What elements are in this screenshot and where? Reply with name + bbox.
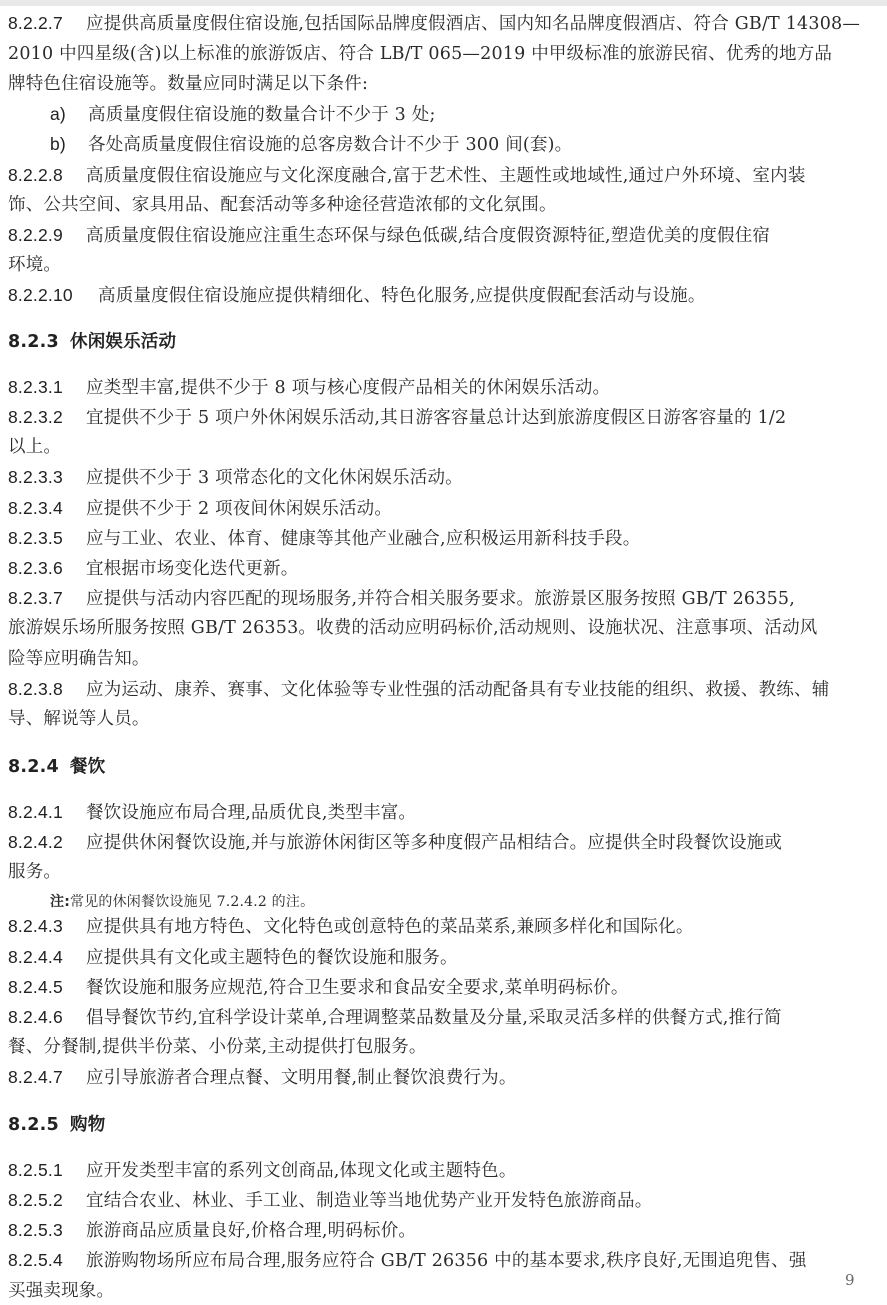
clause-number: 8.2.3.3: [8, 466, 86, 488]
clause-text: 服务。: [8, 862, 61, 882]
clause-paragraph: 8.2.2.10高质量度假住宿设施应提供精细化、特色化服务,应提供度假配套活动与…: [8, 284, 879, 307]
clause-text: 旅游娱乐场所服务按照 GB/T 26353。收费的活动应明码标价,活动规则、设施…: [8, 618, 817, 638]
clause-number: 8.2.5: [8, 1114, 70, 1136]
clause-number: 8.2.3.4: [8, 497, 86, 519]
paragraph-continuation: 以上。: [8, 436, 879, 458]
paragraph-continuation: 牌特色住宿设施等。数量应同时满足以下条件:: [8, 73, 879, 95]
clause-paragraph: 8.2.4.1餐饮设施应布局合理,品质优良,类型丰富。: [8, 801, 879, 824]
section-heading: 8.2.5购物: [8, 1114, 879, 1136]
clause-text: 2010 中四星级(含)以上标准的旅游饭店、符合 LB/T 065—2019 中…: [8, 44, 832, 64]
clause-text: 应开发类型丰富的系列文创商品,体现文化或主题特色。: [86, 1161, 517, 1181]
clause-text: 高质量度假住宿设施应注重生态环保与绿色低碳,结合度假资源特征,塑造优美的度假住宿: [86, 226, 770, 246]
section-title: 餐饮: [70, 757, 105, 777]
clause-paragraph: 8.2.4.6倡导餐饮节约,宜科学设计菜单,合理调整菜品数量及分量,采取灵活多样…: [8, 1006, 879, 1029]
paragraph-continuation: 旅游娱乐场所服务按照 GB/T 26353。收费的活动应明码标价,活动规则、设施…: [8, 617, 879, 639]
clause-paragraph: 8.2.5.2宜结合农业、林业、手工业、制造业等当地优势产业开发特色旅游商品。: [8, 1189, 879, 1212]
clause-text: 应提供具有地方特色、文化特色或创意特色的菜品菜系,兼顾多样化和国际化。: [86, 917, 694, 937]
clause-text: 宜提供不少于 5 项户外休闲娱乐活动,其日游客容量总计达到旅游度假区日游客容量的…: [86, 408, 786, 428]
section-title: 购物: [70, 1115, 105, 1135]
clause-paragraph: 8.2.2.8高质量度假住宿设施应与文化深度融合,富于艺术性、主题性或地域性,通…: [8, 164, 879, 187]
note-label: 注:: [50, 894, 70, 910]
clause-text: 环境。: [8, 255, 61, 275]
clause-text: 以上。: [8, 437, 61, 457]
clause-number: 8.2.4.4: [8, 946, 86, 968]
clause-text: 各处高质量度假住宿设施的总客房数合计不少于 300 间(套)。: [88, 135, 572, 155]
clause-paragraph: 8.2.3.3应提供不少于 3 项常态化的文化休闲娱乐活动。: [8, 466, 879, 489]
clause-number: 8.2.4.3: [8, 915, 86, 937]
clause-number: 8.2.3.5: [8, 527, 86, 549]
clause-text: 险等应明确告知。: [8, 649, 150, 669]
clause-text: 应引导旅游者合理点餐、文明用餐,制止餐饮浪费行为。: [86, 1068, 517, 1088]
clause-paragraph: a)高质量度假住宿设施的数量合计不少于 3 处;: [50, 103, 879, 126]
clause-text: 应提供休闲餐饮设施,并与旅游休闲街区等多种度假产品相结合。应提供全时段餐饮设施或: [86, 833, 782, 853]
clause-text: 宜结合农业、林业、手工业、制造业等当地优势产业开发特色旅游商品。: [86, 1191, 652, 1211]
note-paragraph: 注:常见的休闲餐饮设施见 7.2.4.2 的注。: [50, 891, 879, 913]
clause-text: 高质量度假住宿设施应提供精细化、特色化服务,应提供度假配套活动与设施。: [98, 286, 706, 306]
clause-number: 8.2.3.8: [8, 678, 86, 700]
paragraph-continuation: 服务。: [8, 861, 879, 883]
clause-number: b): [50, 133, 88, 155]
clause-number: 8.2.3.1: [8, 376, 86, 398]
clause-number: 8.2.2.8: [8, 164, 86, 186]
clause-number: 8.2.2.9: [8, 224, 86, 246]
clause-paragraph: 8.2.3.2宜提供不少于 5 项户外休闲娱乐活动,其日游客容量总计达到旅游度假…: [8, 406, 879, 429]
paragraph-continuation: 环境。: [8, 254, 879, 276]
note-text: 常见的休闲餐饮设施见 7.2.4.2 的注。: [70, 894, 314, 910]
paragraph-continuation: 导、解说等人员。: [8, 708, 879, 730]
clause-text: 餐饮设施和服务应规范,符合卫生要求和食品安全要求,菜单明码标价。: [86, 978, 629, 998]
clause-paragraph: 8.2.3.7应提供与活动内容匹配的现场服务,并符合相关服务要求。旅游景区服务按…: [8, 587, 879, 610]
clause-number: 8.2.4.5: [8, 976, 86, 998]
section-heading: 8.2.3休闲娱乐活动: [8, 331, 879, 353]
clause-number: 8.2.2.7: [8, 12, 86, 34]
clause-text: 牌特色住宿设施等。数量应同时满足以下条件:: [8, 74, 368, 94]
clause-paragraph: 8.2.2.9高质量度假住宿设施应注重生态环保与绿色低碳,结合度假资源特征,塑造…: [8, 224, 879, 247]
clause-text: 应为运动、康养、赛事、文化体验等专业性强的活动配备具有专业技能的组织、救援、教练…: [86, 680, 829, 700]
clause-paragraph: 8.2.3.6宜根据市场变化迭代更新。: [8, 557, 879, 580]
clause-paragraph: 8.2.2.7应提供高质量度假住宿设施,包括国际品牌度假酒店、国内知名品牌度假酒…: [8, 12, 879, 35]
clause-text: 餐、分餐制,提供半份菜、小份菜,主动提供打包服务。: [8, 1037, 427, 1057]
clause-paragraph: 8.2.3.4应提供不少于 2 项夜间休闲娱乐活动。: [8, 497, 879, 520]
clause-paragraph: 8.2.3.8应为运动、康养、赛事、文化体验等专业性强的活动配备具有专业技能的组…: [8, 678, 879, 701]
clause-number: 8.2.4.6: [8, 1006, 86, 1028]
paragraph-continuation: 饰、公共空间、家具用品、配套活动等多种途径营造浓郁的文化氛围。: [8, 194, 879, 216]
clause-number: 8.2.5.3: [8, 1219, 86, 1241]
page-number: 9: [845, 1271, 855, 1289]
clause-paragraph: b)各处高质量度假住宿设施的总客房数合计不少于 300 间(套)。: [50, 133, 879, 156]
clause-number: 8.2.5.1: [8, 1159, 86, 1181]
clause-text: 高质量度假住宿设施应与文化深度融合,富于艺术性、主题性或地域性,通过户外环境、室…: [86, 166, 806, 186]
clause-paragraph: 8.2.3.5应与工业、农业、体育、健康等其他产业融合,应积极运用新科技手段。: [8, 527, 879, 550]
clause-text: 应提供不少于 2 项夜间休闲娱乐活动。: [86, 499, 392, 519]
clause-text: 应提供不少于 3 项常态化的文化休闲娱乐活动。: [86, 468, 463, 488]
paragraph-continuation: 险等应明确告知。: [8, 648, 879, 670]
clause-text: 旅游购物场所应布局合理,服务应符合 GB/T 26356 中的基本要求,秩序良好…: [86, 1251, 807, 1271]
paragraph-continuation: 买强卖现象。: [8, 1280, 879, 1302]
clause-number: 8.2.4.7: [8, 1066, 86, 1088]
clause-paragraph: 8.2.5.4旅游购物场所应布局合理,服务应符合 GB/T 26356 中的基本…: [8, 1249, 879, 1272]
section-heading: 8.2.4餐饮: [8, 756, 879, 778]
clause-paragraph: 8.2.4.3应提供具有地方特色、文化特色或创意特色的菜品菜系,兼顾多样化和国际…: [8, 915, 879, 938]
clause-number: 8.2.5.4: [8, 1249, 86, 1271]
clause-paragraph: 8.2.3.1应类型丰富,提供不少于 8 项与核心度假产品相关的休闲娱乐活动。: [8, 376, 879, 399]
clause-text: 导、解说等人员。: [8, 709, 150, 729]
section-title: 休闲娱乐活动: [70, 332, 176, 352]
clause-number: 8.2.4: [8, 756, 70, 778]
clause-text: 应提供具有文化或主题特色的餐饮设施和服务。: [86, 948, 458, 968]
clause-number: 8.2.3.7: [8, 587, 86, 609]
clause-text: 倡导餐饮节约,宜科学设计菜单,合理调整菜品数量及分量,采取灵活多样的供餐方式,推…: [86, 1008, 782, 1028]
clause-text: 应提供高质量度假住宿设施,包括国际品牌度假酒店、国内知名品牌度假酒店、符合 GB…: [86, 14, 860, 34]
clause-text: 宜根据市场变化迭代更新。: [86, 559, 298, 579]
top-edge-strip: [0, 0, 887, 6]
clause-text: 买强卖现象。: [8, 1281, 114, 1301]
clause-number: 8.2.3: [8, 331, 70, 353]
clause-number: 8.2.3.2: [8, 406, 86, 428]
clause-text: 旅游商品应质量良好,价格合理,明码标价。: [86, 1221, 416, 1241]
clause-text: 餐饮设施应布局合理,品质优良,类型丰富。: [86, 803, 416, 823]
clause-paragraph: 8.2.4.2应提供休闲餐饮设施,并与旅游休闲街区等多种度假产品相结合。应提供全…: [8, 831, 879, 854]
clause-text: 应提供与活动内容匹配的现场服务,并符合相关服务要求。旅游景区服务按照 GB/T …: [86, 589, 795, 609]
clause-text: 饰、公共空间、家具用品、配套活动等多种途径营造浓郁的文化氛围。: [8, 195, 557, 215]
paragraph-continuation: 2010 中四星级(含)以上标准的旅游饭店、符合 LB/T 065—2019 中…: [8, 43, 879, 65]
clause-paragraph: 8.2.4.7应引导旅游者合理点餐、文明用餐,制止餐饮浪费行为。: [8, 1066, 879, 1089]
clause-number: a): [50, 103, 88, 125]
clause-paragraph: 8.2.5.1应开发类型丰富的系列文创商品,体现文化或主题特色。: [8, 1159, 879, 1182]
clause-number: 8.2.5.2: [8, 1189, 86, 1211]
clause-number: 8.2.2.10: [8, 284, 98, 306]
clause-number: 8.2.3.6: [8, 557, 86, 579]
clause-paragraph: 8.2.4.4应提供具有文化或主题特色的餐饮设施和服务。: [8, 946, 879, 969]
clause-text: 高质量度假住宿设施的数量合计不少于 3 处;: [88, 105, 436, 125]
clause-text: 应与工业、农业、体育、健康等其他产业融合,应积极运用新科技手段。: [86, 529, 640, 549]
clause-number: 8.2.4.1: [8, 801, 86, 823]
paragraph-continuation: 餐、分餐制,提供半份菜、小份菜,主动提供打包服务。: [8, 1036, 879, 1058]
clause-paragraph: 8.2.4.5餐饮设施和服务应规范,符合卫生要求和食品安全要求,菜单明码标价。: [8, 976, 879, 999]
clause-number: 8.2.4.2: [8, 831, 86, 853]
clause-text: 应类型丰富,提供不少于 8 项与核心度假产品相关的休闲娱乐活动。: [86, 378, 610, 398]
clause-paragraph: 8.2.5.3旅游商品应质量良好,价格合理,明码标价。: [8, 1219, 879, 1242]
